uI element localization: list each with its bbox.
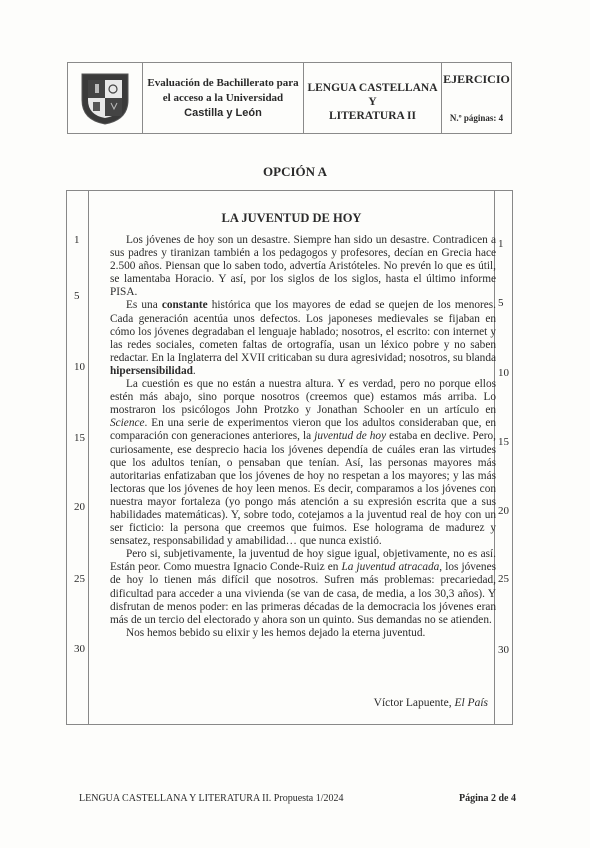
- emphasis-bold: hipersensibilidad: [110, 365, 193, 377]
- publication-name: El País: [454, 697, 488, 709]
- option-title: OPCIÓN A: [0, 164, 590, 180]
- line-number: 5: [495, 297, 512, 309]
- paragraph-text: Nos hemos bebido su elixir y les hemos d…: [126, 627, 425, 639]
- line-numbers-right: 151015202530: [494, 191, 512, 724]
- article-title: LA JUVENTUD DE HOY: [88, 211, 495, 226]
- article-box: 151015202530 151015202530 LA JUVENTUD DE…: [66, 190, 513, 725]
- subject-line-1: LENGUA CASTELLANA Y: [304, 81, 441, 109]
- exercise-cell: EJERCICIO N.º páginas: 4: [442, 63, 511, 133]
- exercise-label: EJERCICIO: [442, 72, 511, 87]
- paragraph-text: .: [193, 365, 196, 377]
- paragraph-text: La cuestión es que no están a nuestra al…: [110, 378, 496, 416]
- article-paragraph: Pero si, subjetivamente, la juventud de …: [110, 548, 496, 627]
- emphasis-italic: Science: [110, 417, 145, 429]
- exam-header: Evaluación de Bachillerato para el acces…: [67, 62, 512, 134]
- paragraph-text: estaba en declive. Pero, curiosamente, e…: [110, 430, 496, 547]
- line-number: 1: [495, 238, 512, 250]
- line-number: 1: [67, 234, 88, 246]
- article-paragraph: Es una constante histórica que los mayor…: [110, 299, 496, 378]
- line-number: 15: [495, 436, 512, 448]
- subject-cell: LENGUA CASTELLANA Y LITERATURA II: [304, 63, 442, 133]
- article-paragraph: La cuestión es que no están a nuestra al…: [110, 378, 496, 548]
- logo-cell: [68, 63, 143, 133]
- subject-line-2: LITERATURA II: [329, 109, 416, 123]
- institution-line-2: el acceso a la Universidad: [163, 91, 283, 106]
- line-number: 30: [495, 644, 512, 656]
- line-numbers-left: 151015202530: [67, 191, 89, 724]
- paragraph-text: Los jóvenes de hoy son un desastre. Siem…: [110, 234, 496, 298]
- author-name: Víctor Lapuente,: [374, 697, 455, 709]
- line-number: 10: [67, 361, 88, 373]
- institution-line-1: Evaluación de Bachillerato para: [147, 76, 298, 91]
- emphasis-italic: La juventud atracada: [342, 561, 440, 573]
- line-number: 25: [495, 573, 512, 585]
- line-number: 30: [67, 643, 88, 655]
- line-number: 15: [67, 432, 88, 444]
- footer-course: LENGUA CASTELLANA Y LITERATURA II. Propu…: [79, 793, 344, 804]
- emphasis-italic: juventud de hoy: [314, 430, 386, 442]
- line-number: 10: [495, 367, 512, 379]
- line-number: 25: [67, 573, 88, 585]
- line-number: 20: [495, 505, 512, 517]
- article-signature: Víctor Lapuente, El País: [374, 697, 488, 709]
- university-crest-icon: [79, 70, 131, 126]
- line-number: 20: [67, 501, 88, 513]
- paragraph-text: Es una: [126, 299, 162, 311]
- footer-page-number: Página 2 de 4: [459, 793, 516, 804]
- institution-cell: Evaluación de Bachillerato para el acces…: [143, 63, 304, 133]
- line-number: 5: [67, 290, 88, 302]
- institution-region: Castilla y León: [184, 106, 262, 121]
- article-body: Los jóvenes de hoy son un desastre. Siem…: [110, 234, 496, 640]
- page-count-label: N.º páginas: 4: [442, 113, 511, 123]
- emphasis-bold: constante: [162, 299, 208, 311]
- article-paragraph: Nos hemos bebido su elixir y les hemos d…: [110, 627, 496, 640]
- article-paragraph: Los jóvenes de hoy son un desastre. Siem…: [110, 234, 496, 299]
